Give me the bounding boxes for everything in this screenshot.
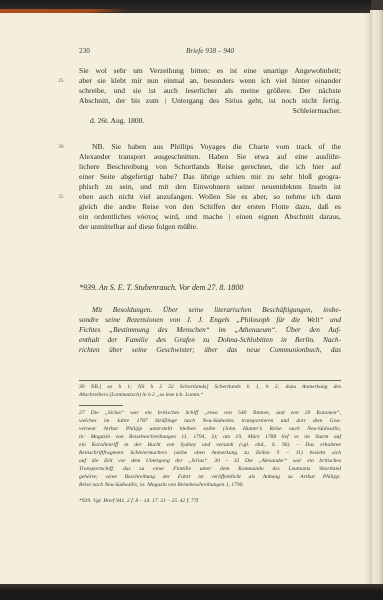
running-head: 230 Briefe 938 – 940: [79, 47, 341, 57]
commentary-line: auf die Zeit vor dem Untergang der „Siri…: [79, 457, 341, 465]
text-line: einer Seite abgefertigt habe? Das übrige…: [79, 172, 341, 182]
text-line: gleich die andre Reise von den Schiffen …: [79, 202, 341, 212]
text-line: Alexander transport ausgeschnitten. Habe…: [79, 152, 341, 162]
commentary-line: ein Korallenriff in der Bucht von Sydney…: [79, 441, 341, 449]
dateline: d. 26t. Aug. 1800.: [90, 116, 210, 126]
summary-line: Fichtes „Bestimmung des Menschen“ im „At…: [79, 325, 341, 335]
text-line: Abschnitt, der bis zum | Untergang des S…: [79, 96, 341, 106]
line-number: 35: [58, 192, 72, 202]
letter-heading: *939. An S. E. T. Stubenrauch. Vor dem 2…: [79, 283, 341, 292]
cross-reference: *939. Vgl. Brief 941, 2 f. 8 – 14. 17. 2…: [79, 497, 341, 505]
text-line: Sie wol sehr um Verzeihung bitten: es is…: [79, 66, 341, 76]
text-line: ein ordentliches νόστος wird, und mache …: [79, 212, 341, 222]
apparatus-divider: [79, 380, 341, 381]
commentary-line: welches im Jahre 1787 Sträflinge nach Ne…: [79, 417, 341, 425]
summary-line: sondre seine Rezensionen von J. J. Engel…: [79, 315, 341, 325]
text-line: eben auch nicht viel anzufangen. Wollen …: [79, 192, 341, 202]
apparatus-line: Abschreibers (Lommatzsch) in h 2 „so les…: [79, 391, 341, 399]
commentary-line: Transportschiff, das zu einer Flottille …: [79, 465, 341, 473]
commentary-line: 27 Die „Sirius“ war ein britisches Schif…: [79, 409, 341, 417]
text-line: aber sie klebt mir nun einmal an, besond…: [79, 76, 341, 86]
scanned-book-page: 230 Briefe 938 – 940 Sie wol sehr um Ver…: [0, 0, 383, 600]
scanner-bottom-edge: [0, 584, 383, 600]
commentary-line: in: Magazin von Reisebeschreibungen 11, …: [79, 433, 341, 441]
apparatus-line: 30 NB.] so h 1; NS h 2 32 Schortlands] S…: [79, 383, 341, 391]
commentary-divider: [79, 405, 123, 406]
text-line: lichere Beschreibung von Schortlands Rei…: [79, 162, 341, 172]
commentary-line: verneur Arthur Philipp unterstellt bleib…: [79, 425, 341, 433]
commentary-line: Reise nach Neu-Südwallis, in: Magazin vo…: [79, 481, 341, 489]
summary-line: richten über seine Geschwister; über das…: [79, 345, 341, 355]
page-gutter-edge: [370, 10, 383, 590]
commentary-line: gehörte; seine Beschreibung der Fahrt is…: [79, 473, 341, 481]
text-line: NB. Sie haben aus Phillips Voyages die C…: [92, 142, 341, 152]
text-line: phisch zu sein, und mit den Einwohnern s…: [79, 182, 341, 192]
text-line: der unmittelbar auf diese folgen müßte.: [79, 222, 341, 232]
commentary-line: Reinschriftfragment Schleiermachers (sie…: [79, 449, 341, 457]
running-head-title: Briefe 938 – 940: [79, 47, 341, 55]
summary-line: Mit Besoldungen. Über seine literarische…: [92, 305, 341, 315]
text-line: schreibe, und sie ist auch leserlicher a…: [79, 86, 341, 96]
line-number: 25: [58, 76, 72, 86]
summary-line: enthalt der Familie des Grafen zu Dohna-…: [79, 335, 341, 345]
line-number: 30: [58, 142, 72, 152]
signature: Schleiermacher.: [79, 106, 341, 116]
